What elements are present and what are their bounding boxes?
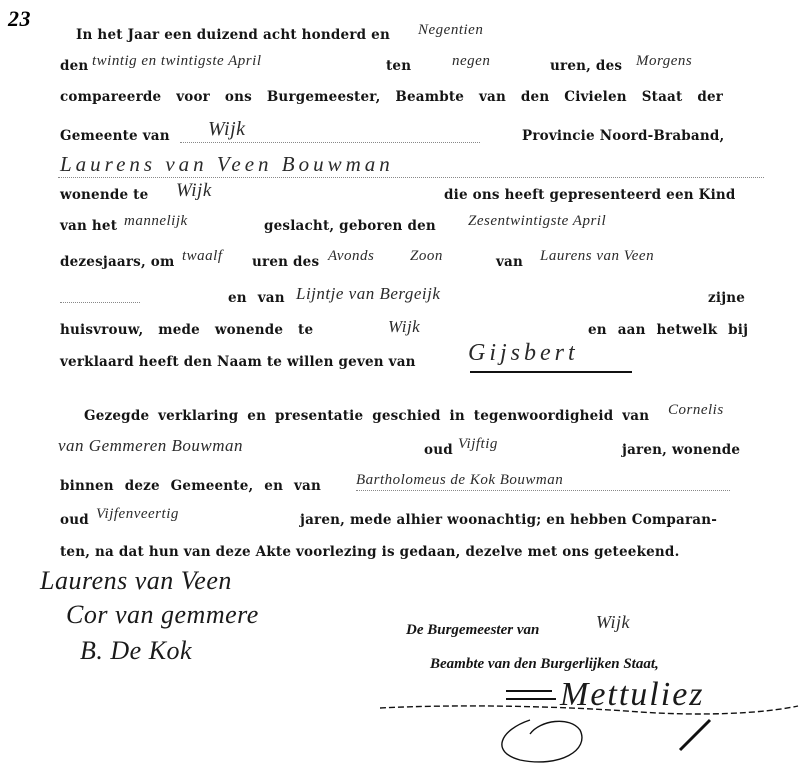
line-8-hand-part: Avonds [328,248,374,265]
p2-line-3-hand-witness2: Bartholomeus de Kok Bouwman [356,472,563,489]
p2-line-1-hand-witness1-first: Cornelis [668,402,724,419]
p2-line-2-hand-age: Vijftig [458,436,498,453]
line-4-provincie: Provincie Noord-Braband, [522,128,724,144]
line-6-rest: die ons heeft gepresenteerd een Kind [444,187,736,203]
child-name-underline [470,371,632,373]
dotted-line [60,302,140,303]
line-11-hand-child-name: Gijsbert [468,340,579,367]
p2-line-4-oud: oud [60,512,89,528]
p2-line-2-hand-witness1: van Gemmeren Bouwman [58,436,243,456]
line-2-ten: ten [386,58,411,74]
dotted-line [356,490,730,491]
p2-line-4-hand-age: Vijfenveertig [96,506,179,523]
signature-witness-1: Laurens van Veen [40,566,232,596]
dotted-line [180,142,480,143]
p2-line-4-rest: jaren, mede alhier woonachtig; en hebben… [300,512,717,528]
line-5-hand-name: Laurens van Veen Bouwman [60,152,394,177]
signature-witness-3: B. De Kok [80,636,192,666]
line-1-hand-year: Negentien [418,22,483,39]
p2-line-1-print: Gezegde verklaring en presentatie geschi… [84,408,649,424]
line-7-van-het: van het [60,218,117,234]
signature-witness-2: Cor van gemmere [66,600,259,630]
line-6-wonende: wonende te [60,187,148,203]
p2-line-2-rest: jaren, wonende [622,442,740,458]
mayor-place: Wijk [596,612,630,633]
p2-line-3-print: binnen deze Gemeente, en van [60,478,321,494]
signature-flourish [380,690,800,778]
line-8-hand-hour: twaalf [182,248,223,265]
line-8-hand-zoon: Zoon [410,248,443,265]
line-3-print: compareerde voor ons Burgemeester, Beamb… [60,89,723,105]
line-2-uren: uren, des [550,58,622,74]
mayor-title-1: De Burgemeester van [406,622,539,639]
line-8-van: van [496,254,523,270]
line-2-hand-date: twintig en twintigste April [92,53,372,70]
line-7-geslacht: geslacht, geboren den [264,218,436,234]
line-2-den: den [60,58,88,74]
line-9-en-van: en van [228,290,285,306]
line-4-hand-place: Wijk [208,118,246,141]
line-9-zijne: zijne [708,290,745,306]
line-10-rest: en aan hetwelk bij [588,322,748,338]
line-2-hand-part: Morgens [636,53,692,70]
line-6-hand-place: Wijk [176,180,212,202]
p2-line-2-oud: oud [424,442,453,458]
line-8-dezes: dezesjaars, om [60,254,174,270]
line-7-hand-date: Zesentwintigste April [468,213,606,230]
line-2-hand-hour: negen [452,53,490,70]
line-8-uren: uren des [252,254,319,270]
dotted-line [58,177,764,178]
line-4-gemeente: Gemeente van [60,128,170,144]
line-10-hand-place: Wijk [388,317,420,337]
mayor-title-2: Beambte van den Burgerlijken Staat, [430,656,659,673]
birth-certificate-page: 23 In het Jaar een duizend acht honderd … [0,0,800,778]
line-11-print: verklaard heeft den Naam te willen geven… [60,354,416,370]
line-1-print: In het Jaar een duizend acht honderd en [76,27,390,43]
line-9-hand-mother: Lijntje van Bergeijk [296,284,440,304]
line-10-huisvrouw: huisvrouw, mede wonende te [60,322,313,338]
line-8-hand-father: Laurens van Veen [540,248,654,265]
p2-line-5-print: ten, na dat hun van deze Akte voorlezing… [60,544,679,560]
page-number: 23 [8,6,31,32]
line-7-hand-sex: mannelijk [124,213,188,230]
